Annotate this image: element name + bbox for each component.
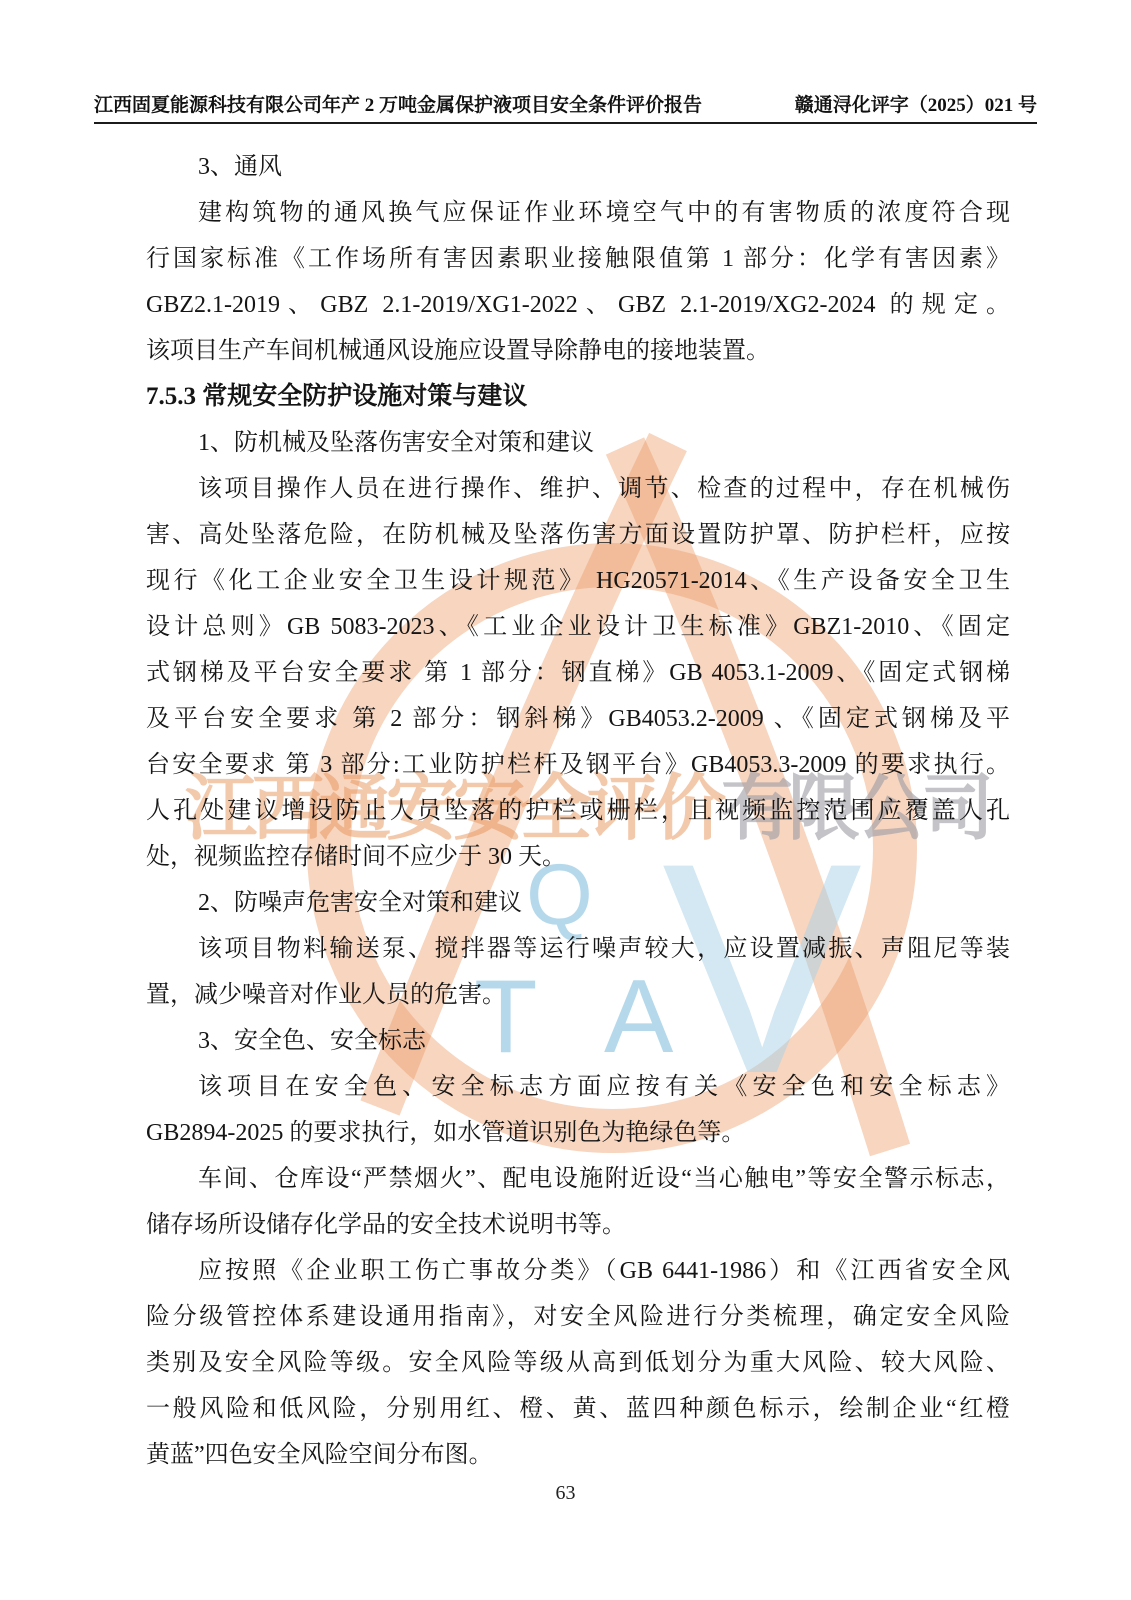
body-line: 储存场所设储存化学品的安全技术说明书等。 xyxy=(146,1202,1010,1248)
body-line: 该项目操作人员在进行操作、维护、调节、检查的过程中，存在机械伤 xyxy=(146,466,1010,512)
body-line: 台安全要求 第 3 部分:工业防护栏杆及钢平台》GB4053.3-2009 的要… xyxy=(146,742,1010,788)
body-line: 现行《化工企业安全卫生设计规范》 HG20571-2014、《生产设备安全卫生 xyxy=(146,558,1010,604)
body-line: 1、防机械及坠落伤害安全对策和建议 xyxy=(146,420,1010,466)
header-report-title: 江西固夏能源科技有限公司年产 2 万吨金属保护液项目安全条件评价报告 xyxy=(94,90,702,117)
page-number: 63 xyxy=(0,1482,1131,1505)
section-heading: 7.5.3 常规安全防护设施对策与建议 xyxy=(146,374,1010,420)
body-line: 处，视频监控存储时间不应少于 30 天。 xyxy=(146,834,1010,880)
body-line: 害、高处坠落危险，在防机械及坠落伤害方面设置防护罩、防护栏杆，应按 xyxy=(146,512,1010,558)
body-line: 3、通风 xyxy=(146,144,1010,190)
body-line: GB2894-2025 的要求执行，如水管道识别色为艳绿色等。 xyxy=(146,1110,1010,1156)
body-line: 该项目生产车间机械通风设施应设置导除静电的接地装置。 xyxy=(146,328,1010,374)
body-line: 应按照《企业职工伤亡事故分类》（GB 6441-1986）和《江西省安全风 xyxy=(146,1248,1010,1294)
body-line: 式钢梯及平台安全要求 第 1 部分：钢直梯》GB 4053.1-2009、《固定… xyxy=(146,650,1010,696)
body-line: 类别及安全风险等级。安全风险等级从高到低划分为重大风险、较大风险、 xyxy=(146,1340,1010,1386)
body-line: 及平台安全要求 第 2 部分：钢斜梯》GB4053.2-2009 、《固定式钢梯… xyxy=(146,696,1010,742)
header-document-number: 赣通浔化评字（2025）021 号 xyxy=(795,90,1037,117)
body-text: 3、通风 建构筑物的通风换气应保证作业环境空气中的有害物质的浓度符合现 行国家标… xyxy=(146,144,1010,1478)
body-line: 设计总则》GB 5083-2023、《工业企业设计卫生标准》GBZ1-2010、… xyxy=(146,604,1010,650)
body-line: 黄蓝”四色安全风险空间分布图。 xyxy=(146,1432,1010,1478)
body-line: 2、防噪声危害安全对策和建议 xyxy=(146,880,1010,926)
body-line: 人孔处建议增设防止人员坠落的护栏或栅栏，且视频监控范围应覆盖人孔 xyxy=(146,788,1010,834)
body-line: 险分级管控体系建设通用指南》，对安全风险进行分类梳理，确定安全风险 xyxy=(146,1294,1010,1340)
page-header: 江西固夏能源科技有限公司年产 2 万吨金属保护液项目安全条件评价报告 赣通浔化评… xyxy=(94,90,1037,124)
body-line: 一般风险和低风险，分别用红、橙、黄、蓝四种颜色标示，绘制企业“红橙 xyxy=(146,1386,1010,1432)
body-line: 3、安全色、安全标志 xyxy=(146,1018,1010,1064)
body-line: 行国家标准《工作场所有害因素职业接触限值第 1 部分：化学有害因素》 xyxy=(146,236,1010,282)
body-line: 车间、仓库设“严禁烟火”、配电设施附近设“当心触电”等安全警示标志， xyxy=(146,1156,1010,1202)
body-line: 该项目在安全色、安全标志方面应按有关《安全色和安全标志》 xyxy=(146,1064,1010,1110)
body-line: GBZ2.1-2019、GBZ 2.1-2019/XG1-2022、GBZ 2.… xyxy=(146,282,1010,328)
body-line: 建构筑物的通风换气应保证作业环境空气中的有害物质的浓度符合现 xyxy=(146,190,1010,236)
body-line: 该项目物料输送泵、搅拌器等运行噪声较大，应设置减振、声阻尼等装 xyxy=(146,926,1010,972)
document-page: Q T A V 江西通安安全评价 有限公司 江西固夏能源科技有限公司年产 2 万… xyxy=(0,0,1131,1600)
body-line: 置，减少噪音对作业人员的危害。 xyxy=(146,972,1010,1018)
